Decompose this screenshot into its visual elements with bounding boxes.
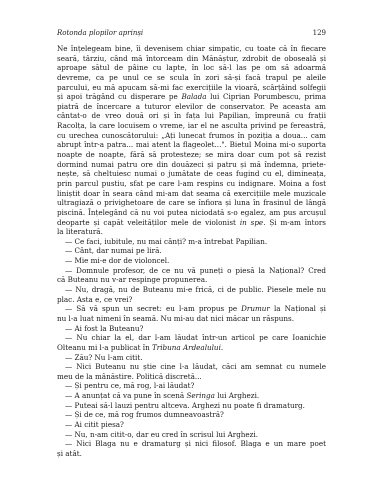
text-line: Ne înțelegeam bine, îi devenisem chiar s… xyxy=(57,44,326,54)
running-title: Rotonda plopilor aprinși xyxy=(57,29,143,37)
book-page: Rotonda plopilor aprinși 129 Ne înțelege… xyxy=(0,0,381,492)
text-line: — Mie mi-e dor de violoncel. xyxy=(57,256,326,266)
text-line: — A anunțat că va pune în scenă Seringa … xyxy=(57,391,326,401)
italic-title: Tribuna Ardealului xyxy=(152,343,221,352)
text-line: — Să vă spun un secret: eu l-am propus p… xyxy=(57,304,326,314)
text-line: noapte de noapte, fără să protesteze; se… xyxy=(57,150,326,160)
page-number: 129 xyxy=(313,29,326,37)
body-text: Ne înțelegeam bine, îi devenisem chiar s… xyxy=(57,44,326,459)
text-line: deoparte și capăt veleităților mele de v… xyxy=(57,218,326,228)
italic-title: Drumur xyxy=(241,304,270,313)
text-line: că Buteanu nu v-ar respinge propunerea. xyxy=(57,275,326,285)
text-line: liniștit doar în seara când mi-am dat se… xyxy=(57,189,326,199)
text-line: devreme, ca pe unul ce se scula în zori … xyxy=(57,73,326,83)
text-line: și apoi trăgând cu disperare pe Balada l… xyxy=(57,92,326,102)
text-line: — Nici Buteanu nu știe cine l-a lăudat, … xyxy=(57,362,326,372)
text-line: — Nu, dragă, nu de Buteanu mi-e frică, c… xyxy=(57,285,326,295)
text-line: — Și de ce, mă rog frumos dumneavoastră? xyxy=(57,410,326,420)
text-line: abrupt într-a patra... mai atent la flag… xyxy=(57,140,326,150)
text-line: dormind numai patru ore din douăzeci și … xyxy=(57,160,326,170)
text-line: nește, să cheltuiesc numai o jumătate de… xyxy=(57,169,326,179)
italic-title: Balada xyxy=(181,92,206,101)
text-line: — Ai citit piesa? xyxy=(57,420,326,430)
text-line: — Nu chiar la el, dar l-am lăudat într-u… xyxy=(57,333,326,343)
text-line: ultragiază o privighetoare de care se în… xyxy=(57,198,326,208)
italic-title: in spe xyxy=(240,218,263,227)
text-line: la literatură. xyxy=(57,227,326,237)
text-line: — Nici Blaga nu e dramaturg și nici filo… xyxy=(57,439,326,449)
text-line: și atât. xyxy=(57,449,326,459)
text-line: cântat-o de vreo două ori și în fața lui… xyxy=(57,111,326,121)
text-line: — Zău? Nu l-am citit. xyxy=(57,353,326,363)
text-line: cu urechea cunoscătorului: „Ați lunecat … xyxy=(57,131,326,141)
text-line: seară, târziu, când mă întorceam din Măn… xyxy=(57,54,326,64)
text-line: piscină. Înțelegând că nu voi putea nici… xyxy=(57,208,326,218)
text-line: — Cânt, dar numai pe liră. xyxy=(57,246,326,256)
text-line: — Nu, n-am citit-o, dar eu cred în scris… xyxy=(57,430,326,440)
text-line: plac. Asta e, ce vrei? xyxy=(57,295,326,305)
text-line: — Și pentru ce, mă rog, l-ai lăudat? xyxy=(57,381,326,391)
text-line: Racolța, la care locuisem o vreme, iar e… xyxy=(57,121,326,131)
italic-title: Seringa xyxy=(186,391,214,400)
text-line: Olteanu mi l-a publicat în Tribuna Ardea… xyxy=(57,343,326,353)
running-header: Rotonda plopilor aprinși 129 xyxy=(57,29,326,40)
text-line: prin parcul pustiu, sfat pe care l-am re… xyxy=(57,179,326,189)
text-line: — Domnule profesor, de ce nu vă puneți o… xyxy=(57,266,326,276)
text-line: — Puteai să-l lauzi pentru altceva. Argh… xyxy=(57,401,326,411)
text-line: piatră de încercare a tuturor elevilor d… xyxy=(57,102,326,112)
text-line: aproape sătul de pâine cu lapte, în loc … xyxy=(57,63,326,73)
text-line: — Ai fost la Buteanu? xyxy=(57,324,326,334)
text-line: — Ce faci, iubitule, nu mai cânți? m-a î… xyxy=(57,237,326,247)
text-line: meu de la mânăstire. Politică discretă..… xyxy=(57,372,326,382)
text-line: parcului, eu mă apucam să-mi fac exerciț… xyxy=(57,83,326,93)
text-line: nu l-a luat nimeni în seamă. Nu mi-au da… xyxy=(57,314,326,324)
